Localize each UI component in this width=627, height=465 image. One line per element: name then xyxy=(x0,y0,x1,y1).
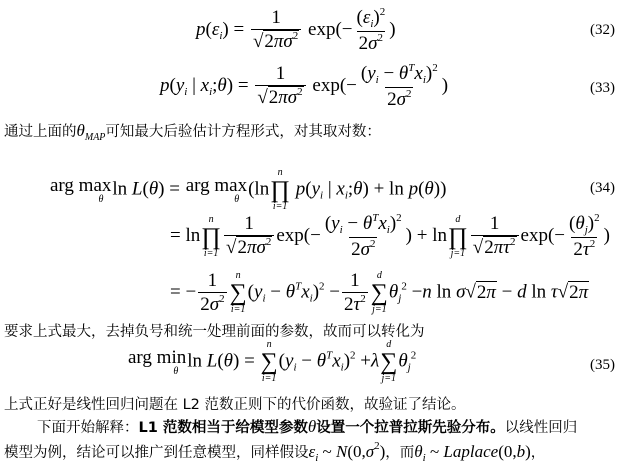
theta-symbol: θ xyxy=(77,121,85,140)
equation-34-line-1: arg maxθln L(θ) = arg maxθ(lnn∏i=1 p(yi … xyxy=(49,168,446,212)
equation-33: p(yi | xi;θ) = 1√2πσ2 exp(−(yi − θTxi)22… xyxy=(160,62,448,111)
epsilon-normal-expr: εi ~ N(0,σ2) xyxy=(309,442,386,461)
paragraph-line-3: 上式正好是线性回归问题在 L2 范数正则下的代价函数，故验证了结论。 xyxy=(4,393,466,414)
text: 模型为例，结论可以推广到任意模型，同样假设 xyxy=(4,445,309,461)
equation-35: arg minθln L(θ) = n∑i=1(yi − θTxi)2 +λd∑… xyxy=(127,340,416,384)
equation-number-33: (33) xyxy=(590,80,615,97)
paragraph-line-2: 要求上式最大，去掉负号和统一处理前面的参数，故而可以转化为 xyxy=(4,320,425,341)
map-subscript: MAP xyxy=(85,132,106,143)
equation-34-line-2: = lnn∏i=11√2πσ2exp(−(yi − θTxi)22σ2) + l… xyxy=(170,212,610,261)
text: 下面开始解释： xyxy=(37,420,139,436)
text: ， xyxy=(531,445,546,461)
bold-text: L1 范数相当于给模型参数 xyxy=(139,420,308,436)
text: ，而 xyxy=(385,445,414,461)
equation-number-35: (35) xyxy=(590,357,615,374)
text: 可知最大后验估计方程形式，对其取对数： xyxy=(105,124,381,140)
theta-symbol: θ xyxy=(308,417,316,436)
equation-number-32: (32) xyxy=(590,22,615,39)
text: 通过上面的 xyxy=(4,124,77,140)
equation-32: p(εi) = 1√2πσ2 exp(−(εi)22σ2) xyxy=(196,6,396,55)
equation-34-line-3: = −12σ2n∑i=1(yi − θTxi)2 −12τ2d∑j=1θj2 −… xyxy=(170,270,589,317)
equation-number-34: (34) xyxy=(590,180,615,197)
paragraph-line-5: 模型为例，结论可以推广到任意模型，同样假设εi ~ N(0,σ2)，而θi ~ … xyxy=(4,440,545,464)
paragraph-line-4: 下面开始解释：L1 范数相当于给模型参数θ设置一个拉普拉斯先验分布。以线性回归 xyxy=(37,416,577,437)
text: 以线性回归 xyxy=(505,420,578,436)
laplace-label: Laplace xyxy=(443,442,498,461)
paragraph-line-1: 通过上面的θMAP可知最大后验估计方程形式，对其取对数： xyxy=(4,120,381,143)
bold-text: 设置一个拉普拉斯先验分布。 xyxy=(316,420,505,436)
theta-laplace-expr: θi ~ Laplace(0,b) xyxy=(414,442,531,461)
